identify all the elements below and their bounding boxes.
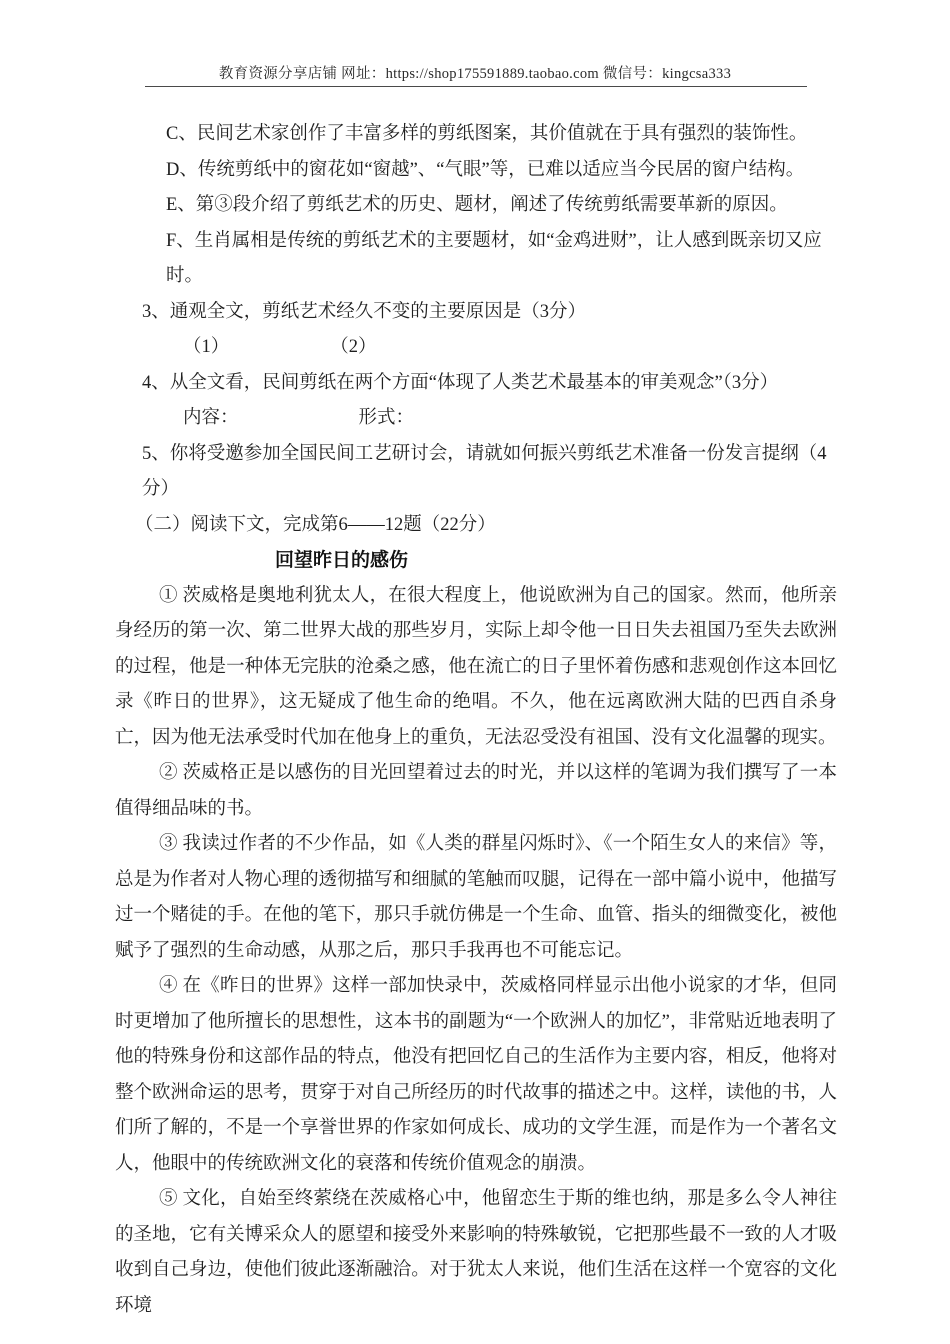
- essay-paragraph-2: ② 茨威格正是以感伤的目光回望着过去的时光，并以这样的笔调为我们撰写了一本值得细…: [115, 756, 837, 827]
- essay-title: 回望昨日的感伤: [115, 543, 837, 579]
- essay-paragraph-4: ④ 在《昨日的世界》这样一部加快录中，茨威格同样显示出他小说家的才华，但同时更增…: [115, 969, 837, 1182]
- question2-option-f: F、生肖属相是传统的剪纸艺术的主要题材，如“金鸡进财”，让人感到既亲切又应时。: [115, 224, 837, 295]
- question3-blank-1: （1）: [183, 330, 229, 366]
- question2-option-d: D、传统剪纸中的窗花如“窗越”、“气眼”等，已难以适应当今民居的窗户结构。: [115, 153, 837, 189]
- question4-content-label: 内容：: [183, 401, 239, 437]
- question3-blank-2: （2）: [330, 330, 376, 366]
- section2-heading: （二）阅读下文，完成第6——12题（22分）: [115, 508, 837, 544]
- essay-paragraph-3: ③ 我读过作者的不少作品，如《人类的群星闪烁时》、《一个陌生女人的来信》等，总是…: [115, 827, 837, 969]
- question4-labels: 内容：形式：: [115, 401, 837, 437]
- shop-info-header: 教育资源分享店铺 网址：https://shop175591889.taobao…: [0, 62, 950, 83]
- essay-paragraph-5: ⑤ 文化，自始至终萦绕在茨威格心中，他留恋生于斯的维也纳，那是多么令人神往的圣地…: [115, 1182, 837, 1324]
- question4-stem: 4、从全文看，民间剪纸在两个方面“体现了人类艺术最基本的审美观念”（3分）: [115, 366, 837, 402]
- question2-option-c: C、民间艺术家创作了丰富多样的剪纸图案，其价值就在于具有强烈的装饰性。: [115, 117, 837, 153]
- question4-form-label: 形式：: [359, 401, 415, 437]
- question3-blanks: （1）（2）: [115, 330, 837, 366]
- question2-option-e: E、第③段介绍了剪纸艺术的历史、题材，阐述了传统剪纸需要革新的原因。: [115, 188, 837, 224]
- document-page: 教育资源分享店铺 网址：https://shop175591889.taobao…: [0, 0, 950, 1344]
- document-body: C、民间艺术家创作了丰富多样的剪纸图案，其价值就在于具有强烈的装饰性。 D、传统…: [115, 117, 837, 1324]
- essay-paragraph-1: ① 茨威格是奥地利犹太人，在很大程度上，他说欧洲为自己的国家。然而，他所亲身经历…: [115, 579, 837, 757]
- header-divider: [145, 86, 807, 87]
- question3-stem: 3、通观全文，剪纸艺术经久不变的主要原因是（3分）: [115, 295, 837, 331]
- question5-stem: 5、你将受邀参加全国民间工艺研讨会，请就如何振兴剪纸艺术准备一份发言提纲（4分）: [115, 437, 837, 508]
